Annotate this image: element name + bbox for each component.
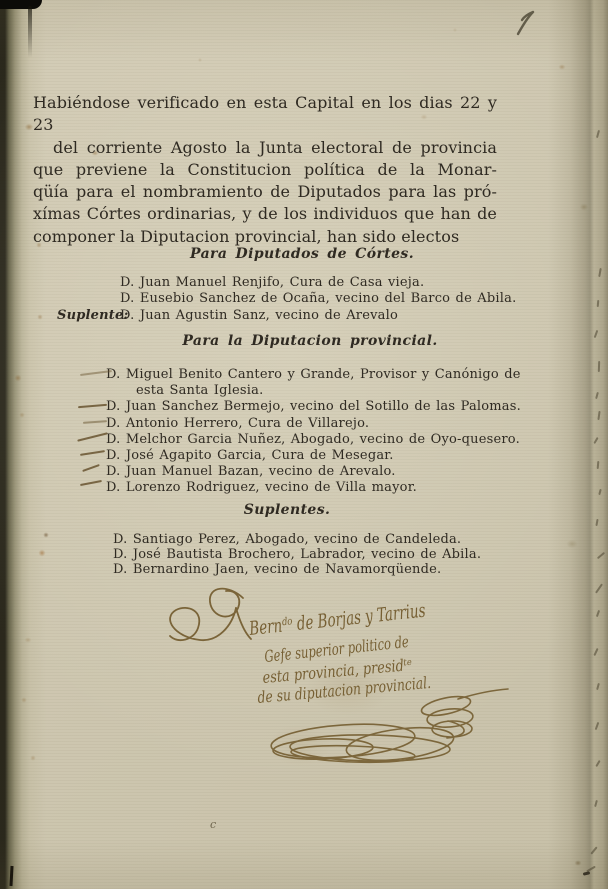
list-item-line1: D. Miguel Benito Cantero y Grande, Provi… (106, 367, 521, 383)
paragraph-line: componer la Diputacion provincial, han s… (33, 226, 497, 248)
paragraph-line: Habiéndose verificado en esta Capital en… (33, 92, 497, 137)
folio-number-mark: 1 (512, 8, 542, 38)
scanned-book-page: 1 Habiéndose verificado en esta Capital … (0, 0, 608, 889)
list-item-line2: esta Santa Iglesia. (106, 383, 521, 399)
list-item: Suplente: D. Juan Agustin Sanz, vecino d… (120, 308, 516, 324)
list-item: D. Melchor Garcia Nuñez, Abogado, vecino… (106, 432, 521, 448)
paragraph-line: del corriente Agosto la Junta electoral … (33, 137, 497, 159)
list-item: D. Juan Manuel Bazan, vecino de Arevalo. (106, 464, 521, 480)
cortes-list: D. Juan Manuel Renjifo, Cura de Casa vie… (120, 275, 516, 324)
heading-diputados-cortes: Para Diputados de Córtes. (52, 246, 552, 262)
signature-initial-flourish (170, 589, 251, 641)
list-item: D. José Bautista Brochero, Labrador, vec… (113, 547, 481, 562)
list-item: D. Juan Manuel Renjifo, Cura de Casa vie… (120, 275, 516, 291)
list-item: D. Eusebio Sanchez de Ocaña, vecino del … (120, 291, 516, 307)
suplentes-list: D. Santiago Perez, Abogado, vecino de Ca… (113, 532, 481, 578)
stray-pencil-mark: c (210, 818, 216, 831)
paragraph-line: xímas Córtes ordinarias, y de los indivi… (33, 203, 497, 225)
suplente-item-text: D. Juan Agustin Sanz, vecino de Arevalo (120, 308, 398, 323)
list-item: D. Juan Sanchez Bermejo, vecino del Soti… (106, 399, 521, 415)
list-item: D. Lorenzo Rodriguez, vecino de Villa ma… (106, 480, 521, 496)
list-item: D. Bernardino Jaen, vecino de Navamorqüe… (113, 562, 481, 577)
binding-corner (0, 0, 42, 9)
list-item: D. Antonio Herrero, Cura de Villarejo. (106, 416, 521, 432)
signature-block: Bernᵈᵒ de Borjas y Tarrius Gefe superior… (148, 578, 528, 783)
heading-diputacion-provincial: Para la Diputacion provincial. (60, 333, 560, 349)
list-item: D. Miguel Benito Cantero y Grande, Provi… (106, 367, 521, 399)
suplente-label: Suplente: (57, 308, 128, 324)
heading-suplentes: Suplentes. (37, 502, 537, 518)
opening-paragraph: Habiéndose verificado en esta Capital en… (33, 92, 497, 248)
list-item: D. José Agapito Garcia, Cura de Mesegar. (106, 448, 521, 464)
paragraph-line: que previene la Constitucion política de… (33, 159, 497, 181)
paragraph-line: qüía para el nombramiento de Diputados p… (33, 181, 497, 203)
list-item: D. Santiago Perez, Abogado, vecino de Ca… (113, 532, 481, 547)
provincial-list: D. Miguel Benito Cantero y Grande, Provi… (106, 367, 521, 497)
binding-corner-shadow (28, 6, 32, 58)
